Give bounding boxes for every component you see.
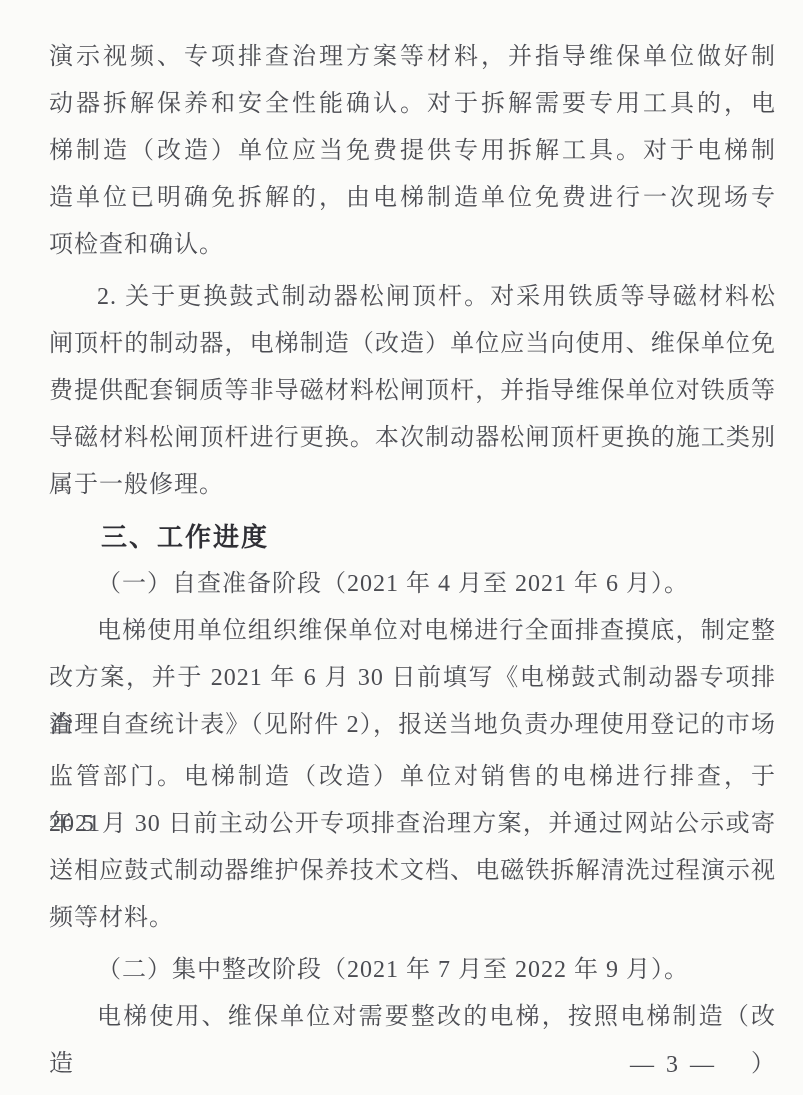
- text-line-12: （一）自查准备阶段（2021 年 4 月至 2021 年 6 月）。: [49, 561, 776, 608]
- text-line-5: 项检查和确认。: [49, 222, 776, 269]
- text-line-9: 导磁材料松闸顶杆进行更换。本次制动器松闸顶杆更换的施工类别: [49, 415, 776, 462]
- text-line-2: 动器拆解保养和安全性能确认。对于拆解需要专用工具的，电: [49, 81, 776, 128]
- text-line-16: 监管部门。电梯制造（改造）单位对销售的电梯进行排查，于 2021: [49, 754, 776, 801]
- text-line-1: 演示视频、专项排查治理方案等材料，并指导维保单位做好制: [49, 34, 776, 81]
- text-line-15: 治理自查统计表》（见附件 2），报送当地负责办理使用登记的市场: [49, 702, 776, 749]
- text-line-7: 闸顶杆的制动器，电梯制造（改造）单位应当向使用、维保单位免: [49, 321, 776, 368]
- text-line-21: 电梯使用、维保单位对需要整改的电梯，按照电梯制造（改造）: [49, 994, 776, 1041]
- document-body: 演示视频、专项排查治理方案等材料，并指导维保单位做好制动器拆解保养和安全性能确认…: [49, 34, 776, 1041]
- text-line-8: 费提供配套铜质等非导磁材料松闸顶杆，并指导维保单位对铁质等: [49, 368, 776, 415]
- page-number: — 3 —: [630, 1050, 717, 1080]
- scanned-document-page: { "page": { "kind": "scanned official do…: [0, 0, 803, 1095]
- text-line-13: 电梯使用单位组织维保单位对电梯进行全面排查摸底，制定整: [49, 608, 776, 655]
- text-line-19: 频等材料。: [49, 895, 776, 942]
- text-line-20: （二）集中整改阶段（2021 年 7 月至 2022 年 9 月）。: [49, 947, 776, 994]
- text-line-17: 年 5 月 30 日前主动公开专项排查治理方案，并通过网站公示或寄: [49, 801, 776, 848]
- text-line-10: 属于一般修理。: [49, 462, 776, 509]
- text-line-18: 送相应鼓式制动器维护保养技术文档、电磁铁拆解清洗过程演示视: [49, 848, 776, 895]
- text-line-14: 改方案，并于 2021 年 6 月 30 日前填写《电梯鼓式制动器专项排查: [49, 655, 776, 702]
- text-line-3: 梯制造（改造）单位应当免费提供专用拆解工具。对于电梯制: [49, 128, 776, 175]
- text-line-11: 三、工作进度: [49, 514, 776, 561]
- text-line-4: 造单位已明确免拆解的，由电梯制造单位免费进行一次现场专: [49, 175, 776, 222]
- text-line-6: 2. 关于更换鼓式制动器松闸顶杆。对采用铁质等导磁材料松: [49, 274, 776, 321]
